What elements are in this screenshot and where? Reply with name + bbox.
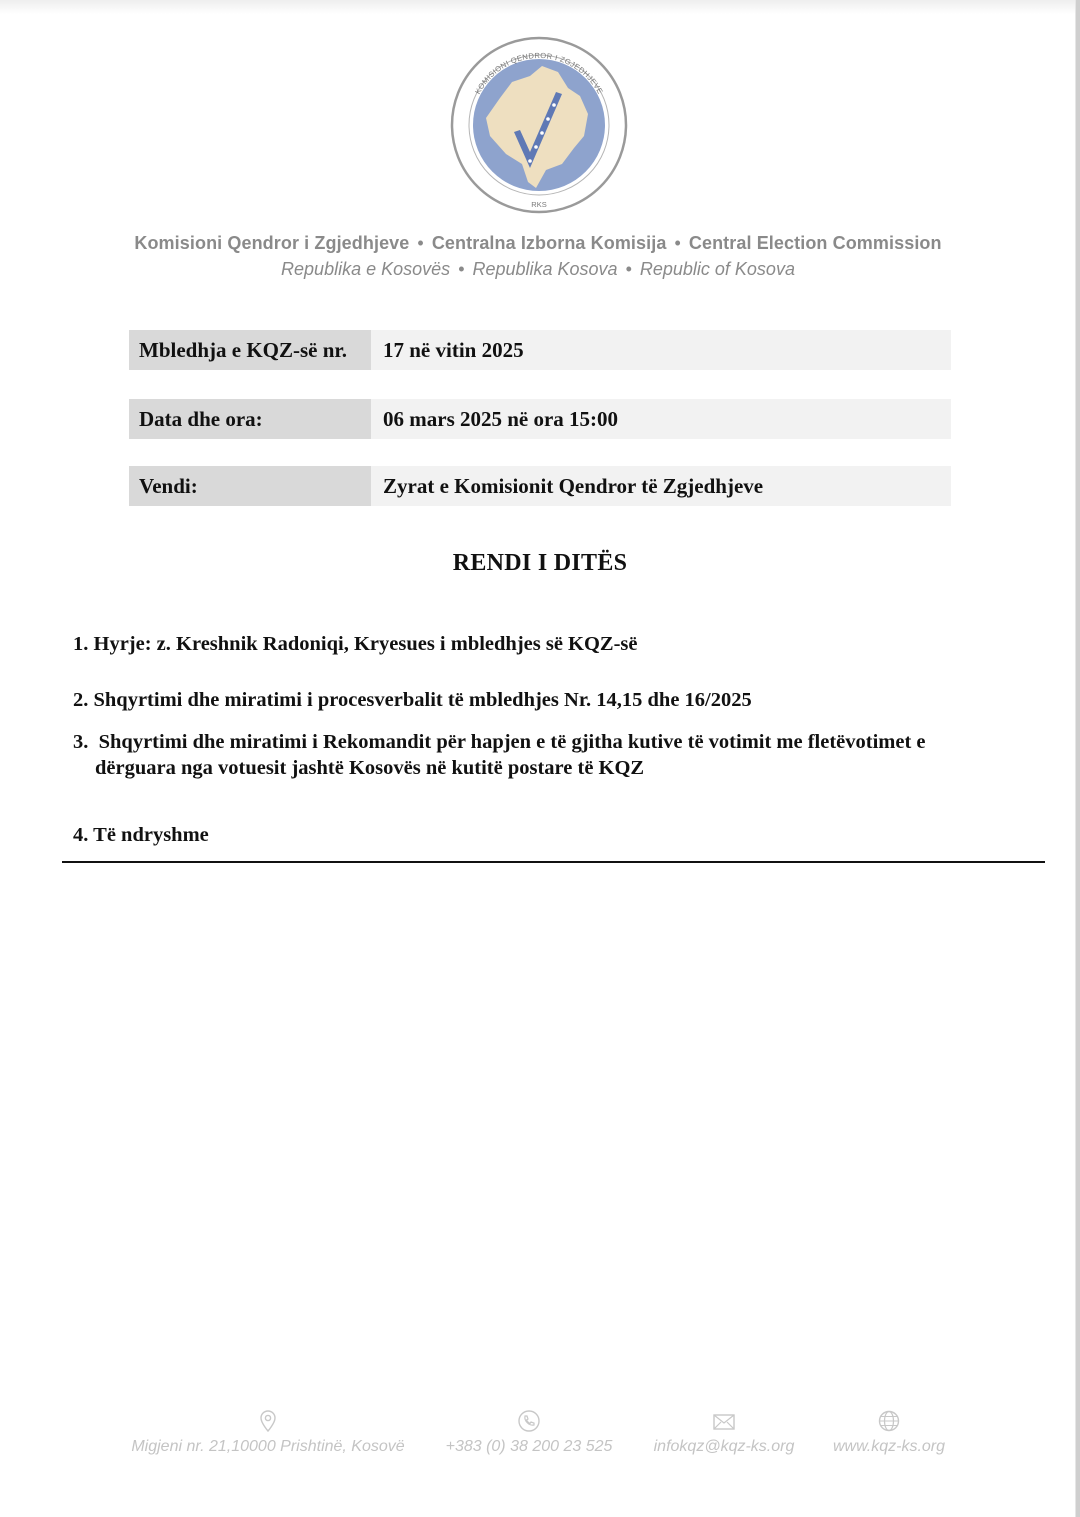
agenda-item-number: 1. — [73, 631, 88, 657]
agenda-item-text: Shqyrtimi dhe miratimi i Rekomandit për … — [99, 731, 926, 753]
meeting-number-value: 17 në vitin 2025 — [371, 330, 951, 370]
website-link[interactable]: www.kqz-ks.org — [833, 1438, 945, 1455]
location-pin-icon — [259, 1410, 277, 1432]
meeting-number-row: Mbledhja e KQZ-së nr. 17 në vitin 2025 — [129, 330, 951, 370]
svg-text:RKS: RKS — [531, 200, 546, 209]
location-value: Zyrat e Komisionit Qendror të Zgjedhjeve — [371, 466, 951, 506]
date-time-label: Data dhe ora: — [129, 399, 371, 439]
republic-albanian: Republika e Kosovës — [281, 259, 450, 279]
agenda-item: 3. Shqyrtimi dhe miratimi i Rekomandit p… — [73, 729, 1053, 781]
org-name-serbian: Centralna Izborna Komisija — [432, 233, 667, 253]
page-edge-scrollbar — [1075, 0, 1080, 1517]
agenda-item-text: Të ndryshme — [93, 824, 209, 846]
agenda-item-number: 2. — [73, 687, 88, 713]
phone-text[interactable]: +383 (0) 38 200 23 525 — [446, 1438, 613, 1455]
organization-names: Komisioni Qendror i Zgjedhjeve•Centralna… — [0, 233, 1076, 254]
agenda-item-text: Shqyrtimi dhe miratimi i procesverbalit … — [94, 689, 752, 711]
date-time-row: Data dhe ora: 06 mars 2025 në ora 15:00 — [129, 399, 951, 439]
republic-names: Republika e Kosovës•Republika Kosova•Rep… — [0, 259, 1076, 280]
agenda-item-number: 4. — [73, 822, 88, 848]
email-link[interactable]: infokqz@kqz-ks.org — [654, 1438, 795, 1455]
agenda-item: 1. Hyrje: z. Kreshnik Radoniqi, Kryesues… — [73, 631, 1053, 657]
footer-email[interactable]: infokqz@kqz-ks.org — [648, 1410, 800, 1456]
envelope-icon — [712, 1410, 736, 1432]
agenda-item: 2. Shqyrtimi dhe miratimi i procesverbal… — [73, 687, 1053, 713]
footer-address: Migjeni nr. 21,10000 Prishtinë, Kosovë — [128, 1410, 408, 1456]
separator: • — [626, 259, 632, 279]
separator: • — [458, 259, 464, 279]
globe-icon — [878, 1410, 900, 1432]
separator: • — [674, 233, 680, 253]
location-row: Vendi: Zyrat e Komisionit Qendror të Zgj… — [129, 466, 951, 506]
separator: • — [417, 233, 423, 253]
republic-serbian: Republika Kosova — [472, 259, 617, 279]
footer-phone[interactable]: +383 (0) 38 200 23 525 — [440, 1410, 618, 1456]
org-name-english: Central Election Commission — [689, 233, 942, 253]
org-name-albanian: Komisioni Qendror i Zgjedhjeve — [134, 233, 409, 253]
date-time-value: 06 mars 2025 në ora 15:00 — [371, 399, 951, 439]
page-top-shadow — [0, 0, 1076, 14]
phone-icon — [518, 1410, 540, 1432]
agenda-item-text-continued: dërguara nga votuesit jashtë Kosovës në … — [73, 755, 1053, 781]
republic-english: Republic of Kosova — [640, 259, 795, 279]
agenda-item-number: 3. — [73, 729, 88, 755]
kqz-logo: KOMISIONI QENDROR I ZGJEDHJEVE RKS — [450, 36, 628, 214]
agenda-item: 4. Të ndryshme — [73, 822, 1053, 848]
address-text: Migjeni nr. 21,10000 Prishtinë, Kosovë — [131, 1438, 404, 1455]
meeting-number-label: Mbledhja e KQZ-së nr. — [129, 330, 371, 370]
agenda-item-text: Hyrje: z. Kreshnik Radoniqi, Kryesues i … — [94, 633, 638, 655]
location-label: Vendi: — [129, 466, 371, 506]
horizontal-divider — [62, 861, 1045, 863]
agenda-title: RENDI I DITËS — [0, 550, 1080, 577]
footer-website[interactable]: www.kqz-ks.org — [828, 1410, 950, 1456]
